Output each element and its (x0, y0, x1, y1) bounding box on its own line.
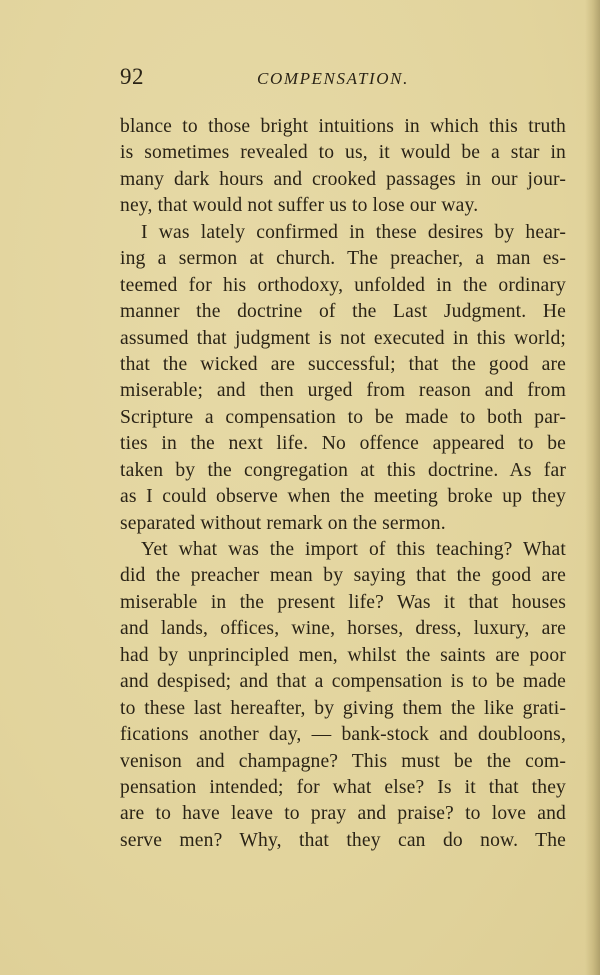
running-title: COMPENSATION. (257, 64, 409, 94)
text-line: miserable; and then urged from reason an… (120, 378, 566, 404)
text-line: did the preacher mean by saying that the… (120, 563, 566, 589)
text-line: pensation intended; for what else? Is it… (120, 775, 566, 801)
text-line: and lands, offices, wine, horses, dress,… (120, 616, 566, 642)
text-line: ing a sermon at church. The preacher, a … (120, 246, 566, 272)
text-line: as I could observe when the meeting brok… (120, 484, 566, 510)
running-head: 92 COMPENSATION. (120, 62, 566, 92)
text-line: venison and champagne? This must be the … (120, 749, 566, 775)
text-line: ney, that would not suffer us to lose ou… (120, 193, 566, 219)
text-line: and despised; and that a compensation is… (120, 669, 566, 695)
paragraph-first-line: Yet what was the import of this teaching… (120, 537, 566, 563)
text-line: to these last hereafter, by giving them … (120, 696, 566, 722)
text-line: manner the doctrine of the Last Judgment… (120, 299, 566, 325)
text-line: are to have leave to pray and praise? to… (120, 801, 566, 827)
text-line: ties in the next life. No offence appear… (120, 431, 566, 457)
book-page: 92 COMPENSATION. blance to those bright … (0, 0, 600, 975)
text-line: teemed for his orthodoxy, unfolded in th… (120, 273, 566, 299)
page-number: 92 (120, 62, 144, 92)
text-line: many dark hours and crooked passages in … (120, 167, 566, 193)
text-line: serve men? Why, that they can do now. Th… (120, 828, 566, 854)
paragraph-first-line: I was lately confirmed in these desires … (120, 220, 566, 246)
text-line: separated without remark on the sermon. (120, 511, 566, 537)
text-line: taken by the congregation at this doctri… (120, 458, 566, 484)
text-line: blance to those bright intuitions in whi… (120, 114, 566, 140)
text-line: that the wicked are successful; that the… (120, 352, 566, 378)
body-text: blance to those bright intuitions in whi… (120, 114, 566, 854)
text-line: had by unprincipled men, whilst the sain… (120, 643, 566, 669)
text-line: fications another day, — bank-stock and … (120, 722, 566, 748)
text-line: assumed that judgment is not executed in… (120, 326, 566, 352)
text-line: is sometimes revealed to us, it would be… (120, 140, 566, 166)
text-line: Scripture a compensation to be made to b… (120, 405, 566, 431)
text-line: miserable in the present life? Was it th… (120, 590, 566, 616)
